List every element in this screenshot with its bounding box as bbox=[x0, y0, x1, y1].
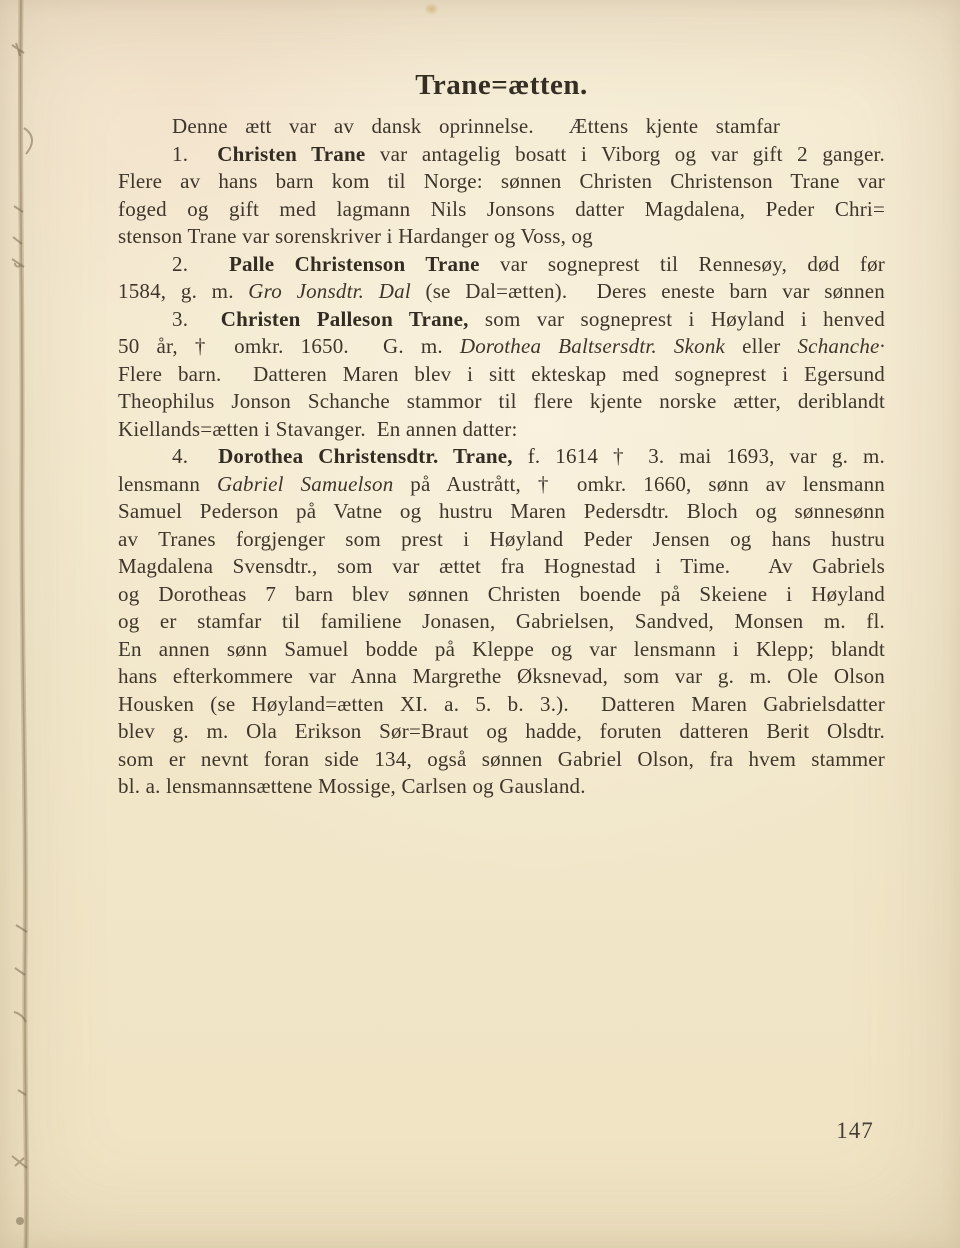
text-line: Kiellands=ætten i Stavanger. En annen da… bbox=[118, 416, 885, 444]
text-segment: Flere barn. Datteren Maren blev i sitt e… bbox=[118, 362, 885, 386]
ink-blot bbox=[16, 1217, 24, 1225]
text-column: Trane=ætten. Denne ætt var av dansk opri… bbox=[118, 70, 885, 801]
text-line: foged og gift med lagmann Nils Jonsons d… bbox=[118, 196, 885, 224]
person-name-italic: Gro Jonsdtr. Dal bbox=[248, 279, 411, 303]
text-segment: Housken (se Høyland=ætten XI. a. 5. b. 3… bbox=[118, 692, 885, 716]
text-segment: blev g. m. Ola Erikson Sør=Braut og hadd… bbox=[118, 719, 885, 743]
text-segment: Denne ætt var av dansk oprinnelse. Ætten… bbox=[172, 114, 780, 138]
text-segment: som var sogneprest i Høyland i henved bbox=[469, 307, 885, 331]
text-line: 1. Christen Trane var antagelig bosatt i… bbox=[118, 141, 885, 169]
text-segment: og Dorotheas 7 barn blev sønnen Christen… bbox=[118, 582, 885, 606]
text-line: Theophilus Jonson Schanche stammor til f… bbox=[118, 388, 885, 416]
text-segment: var sogneprest til Rennesøy, død før bbox=[480, 252, 885, 276]
text-segment: 50 år, † omkr. 1650. G. m. bbox=[118, 334, 460, 358]
text-line: 50 år, † omkr. 1650. G. m. Dorothea Balt… bbox=[118, 333, 885, 361]
text-line: som er nevnt foran side 134, også sønnen… bbox=[118, 746, 885, 774]
person-name-italic: Gabriel Samuelson bbox=[217, 472, 393, 496]
text-line: og Dorotheas 7 barn blev sønnen Christen… bbox=[118, 581, 885, 609]
text-segment: som er nevnt foran side 134, også sønnen… bbox=[118, 747, 885, 771]
person-name-bold: Christen Palleson Trane, bbox=[221, 307, 469, 331]
text-segment: En annen sønn Samuel bodde på Kleppe og … bbox=[118, 637, 885, 661]
text-segment: Flere av hans barn kom til Norge: sønnen… bbox=[118, 169, 885, 193]
person-name-bold: Palle Christenson Trane bbox=[229, 252, 480, 276]
text-line: blev g. m. Ola Erikson Sør=Braut og hadd… bbox=[118, 718, 885, 746]
pencil-marks bbox=[12, 43, 32, 1168]
text-line: bl. a. lensmannsættene Mossige, Carlsen … bbox=[118, 773, 885, 801]
text-line: Samuel Pederson på Vatne og hustru Maren… bbox=[118, 498, 885, 526]
text-segment: foged og gift med lagmann Nils Jonsons d… bbox=[118, 197, 885, 221]
text-segment: f. 1614 † 3. mai 1693, var g. m. bbox=[513, 444, 885, 468]
person-name-bold: Christen Trane bbox=[217, 142, 365, 166]
text-segment: hans efterkommere var Anna Margrethe Øks… bbox=[118, 664, 885, 688]
text-segment: stenson Trane var sorenskriver i Hardang… bbox=[118, 224, 593, 248]
text-segment: (se Dal=ætten). Deres eneste barn var sø… bbox=[411, 279, 885, 303]
scanned-book-page: Trane=ætten. Denne ætt var av dansk opri… bbox=[0, 0, 960, 1248]
text-line: 3. Christen Palleson Trane, som var sogn… bbox=[118, 306, 885, 334]
text-line: hans efterkommere var Anna Margrethe Øks… bbox=[118, 663, 885, 691]
text-line: Housken (se Høyland=ætten XI. a. 5. b. 3… bbox=[118, 691, 885, 719]
text-segment: eller bbox=[725, 334, 797, 358]
text-line: Flere av hans barn kom til Norge: sønnen… bbox=[118, 168, 885, 196]
page-number: 147 bbox=[820, 1118, 890, 1144]
text-line: Magdalena Svensdtr., som var ættet fra H… bbox=[118, 553, 885, 581]
text-segment: Magdalena Svensdtr., som var ættet fra H… bbox=[118, 554, 885, 578]
text-line: av Tranes forgjenger som prest i Høyland… bbox=[118, 526, 885, 554]
text-line: 1584, g. m. Gro Jonsdtr. Dal (se Dal=ætt… bbox=[118, 278, 885, 306]
text-segment: Samuel Pederson på Vatne og hustru Maren… bbox=[118, 499, 885, 523]
text-segment: var antagelig bosatt i Viborg og var gif… bbox=[365, 142, 885, 166]
binding-edge bbox=[0, 0, 60, 1248]
person-name-italic: Schanche· bbox=[797, 334, 885, 358]
text-segment: Kiellands=ætten i Stavanger. En annen da… bbox=[118, 417, 518, 441]
text-segment: og er stamfar til familiene Jonasen, Gab… bbox=[118, 609, 885, 633]
paper-smudge bbox=[424, 3, 439, 15]
person-name-italic: Dorothea Baltsersdtr. Skonk bbox=[460, 334, 725, 358]
person-name-bold: Dorothea Christensdtr. Trane, bbox=[218, 444, 513, 468]
text-segment: lensmann bbox=[118, 472, 217, 496]
text-line: 2. Palle Christenson Trane var sognepres… bbox=[118, 251, 885, 279]
body-text: Denne ætt var av dansk oprinnelse. Ætten… bbox=[118, 113, 885, 801]
text-line: og er stamfar til familiene Jonasen, Gab… bbox=[118, 608, 885, 636]
page-title: Trane=ætten. bbox=[118, 70, 885, 100]
text-line: Flere barn. Datteren Maren blev i sitt e… bbox=[118, 361, 885, 389]
text-segment: Theophilus Jonson Schanche stammor til f… bbox=[118, 389, 885, 413]
text-line: stenson Trane var sorenskriver i Hardang… bbox=[118, 223, 885, 251]
text-segment: 1584, g. m. bbox=[118, 279, 248, 303]
text-line: Denne ætt var av dansk oprinnelse. Ætten… bbox=[118, 113, 885, 141]
text-segment: på Austrått, † omkr. 1660, sønn av lensm… bbox=[393, 472, 885, 496]
text-segment: 4. bbox=[172, 444, 218, 468]
text-segment: 3. bbox=[172, 307, 221, 331]
text-segment: bl. a. lensmannsættene Mossige, Carlsen … bbox=[118, 774, 586, 798]
text-line: 4. Dorothea Christensdtr. Trane, f. 1614… bbox=[118, 443, 885, 471]
text-segment: av Tranes forgjenger som prest i Høyland… bbox=[118, 527, 885, 551]
text-line: lensmann Gabriel Samuelson på Austrått, … bbox=[118, 471, 885, 499]
text-segment: 2. bbox=[172, 252, 229, 276]
text-line: En annen sønn Samuel bodde på Kleppe og … bbox=[118, 636, 885, 664]
text-segment: 1. bbox=[172, 142, 217, 166]
